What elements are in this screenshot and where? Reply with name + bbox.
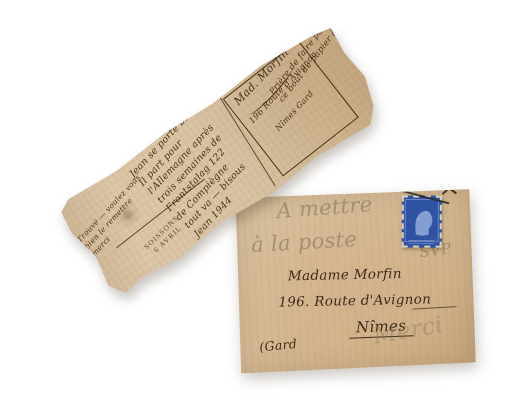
photo-canvas: A mettre à la poste SVP Madame Morfin 19… bbox=[0, 0, 510, 410]
pencil-note-line2: à la poste bbox=[251, 227, 358, 257]
stamp-portrait-icon bbox=[402, 195, 442, 247]
envelope-department: (Gard bbox=[259, 336, 298, 354]
postage-stamp bbox=[402, 195, 442, 247]
envelope-street: 196. Route d'Avignon bbox=[278, 291, 431, 310]
envelope-addressee: Madame Morfin bbox=[288, 266, 402, 284]
envelope: A mettre à la poste SVP Madame Morfin 19… bbox=[234, 189, 476, 374]
finder-line: bien le remettre bbox=[82, 180, 150, 252]
pencil-note-line1: A mettre bbox=[276, 192, 373, 223]
